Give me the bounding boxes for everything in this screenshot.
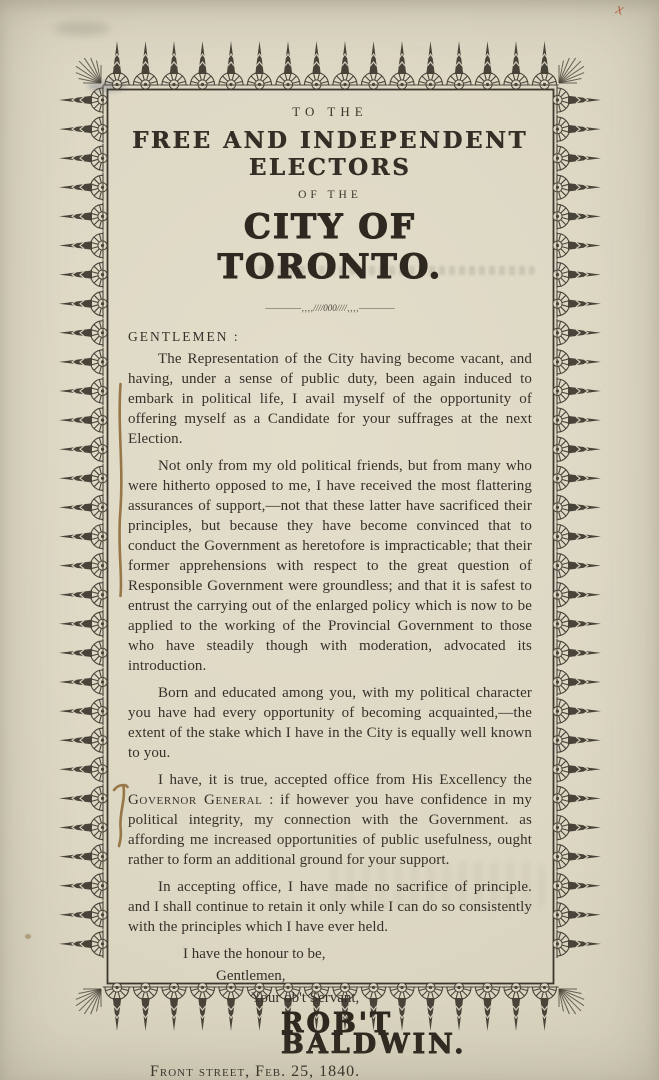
paragraph-4-pre: I have, it is true, accepted office from… bbox=[158, 772, 532, 788]
header-electors-line: FREE AND INDEPENDENT ELECTORS bbox=[128, 127, 532, 181]
header-to-the: TO THE bbox=[128, 104, 532, 120]
closing-honour-line: I have the honour to be, bbox=[183, 944, 532, 965]
closing-servant-line: Your ob't Servant, bbox=[251, 988, 532, 1009]
dateline: Front street, Feb. 25, 1840. bbox=[150, 1061, 532, 1080]
page-title: CITY OF TORONTO. bbox=[128, 207, 532, 287]
printed-text-block: TO THE FREE AND INDEPENDENT ELECTORS OF … bbox=[104, 86, 556, 986]
ornamental-divider: ――――‚‚‚‚////000////‚‚‚‚―――― bbox=[128, 303, 532, 313]
paragraph-1: The Representation of the City having be… bbox=[128, 349, 532, 449]
salutation: GENTLEMEN : bbox=[128, 329, 532, 345]
paragraph-3: Born and educated among you, with my pol… bbox=[128, 683, 532, 763]
paragraph-4: I have, it is true, accepted office from… bbox=[128, 770, 532, 870]
header-of-the: OF THE bbox=[128, 189, 532, 201]
closing-gentlemen-line: Gentlemen, bbox=[216, 966, 532, 987]
paragraph-5: In accepting office, I have made no sacr… bbox=[128, 877, 532, 937]
governor-general-smallcaps: Governor General bbox=[128, 792, 262, 808]
signature: ROB'T BALDWIN. bbox=[281, 1013, 532, 1055]
paragraph-2: Not only from my old political friends, … bbox=[128, 456, 532, 676]
scanned-broadside: x TO THE FREE AND INDEPENDENT ELECTORS O… bbox=[0, 0, 659, 1080]
closing-block: I have the honour to be, Gentlemen, Your… bbox=[128, 944, 532, 1080]
